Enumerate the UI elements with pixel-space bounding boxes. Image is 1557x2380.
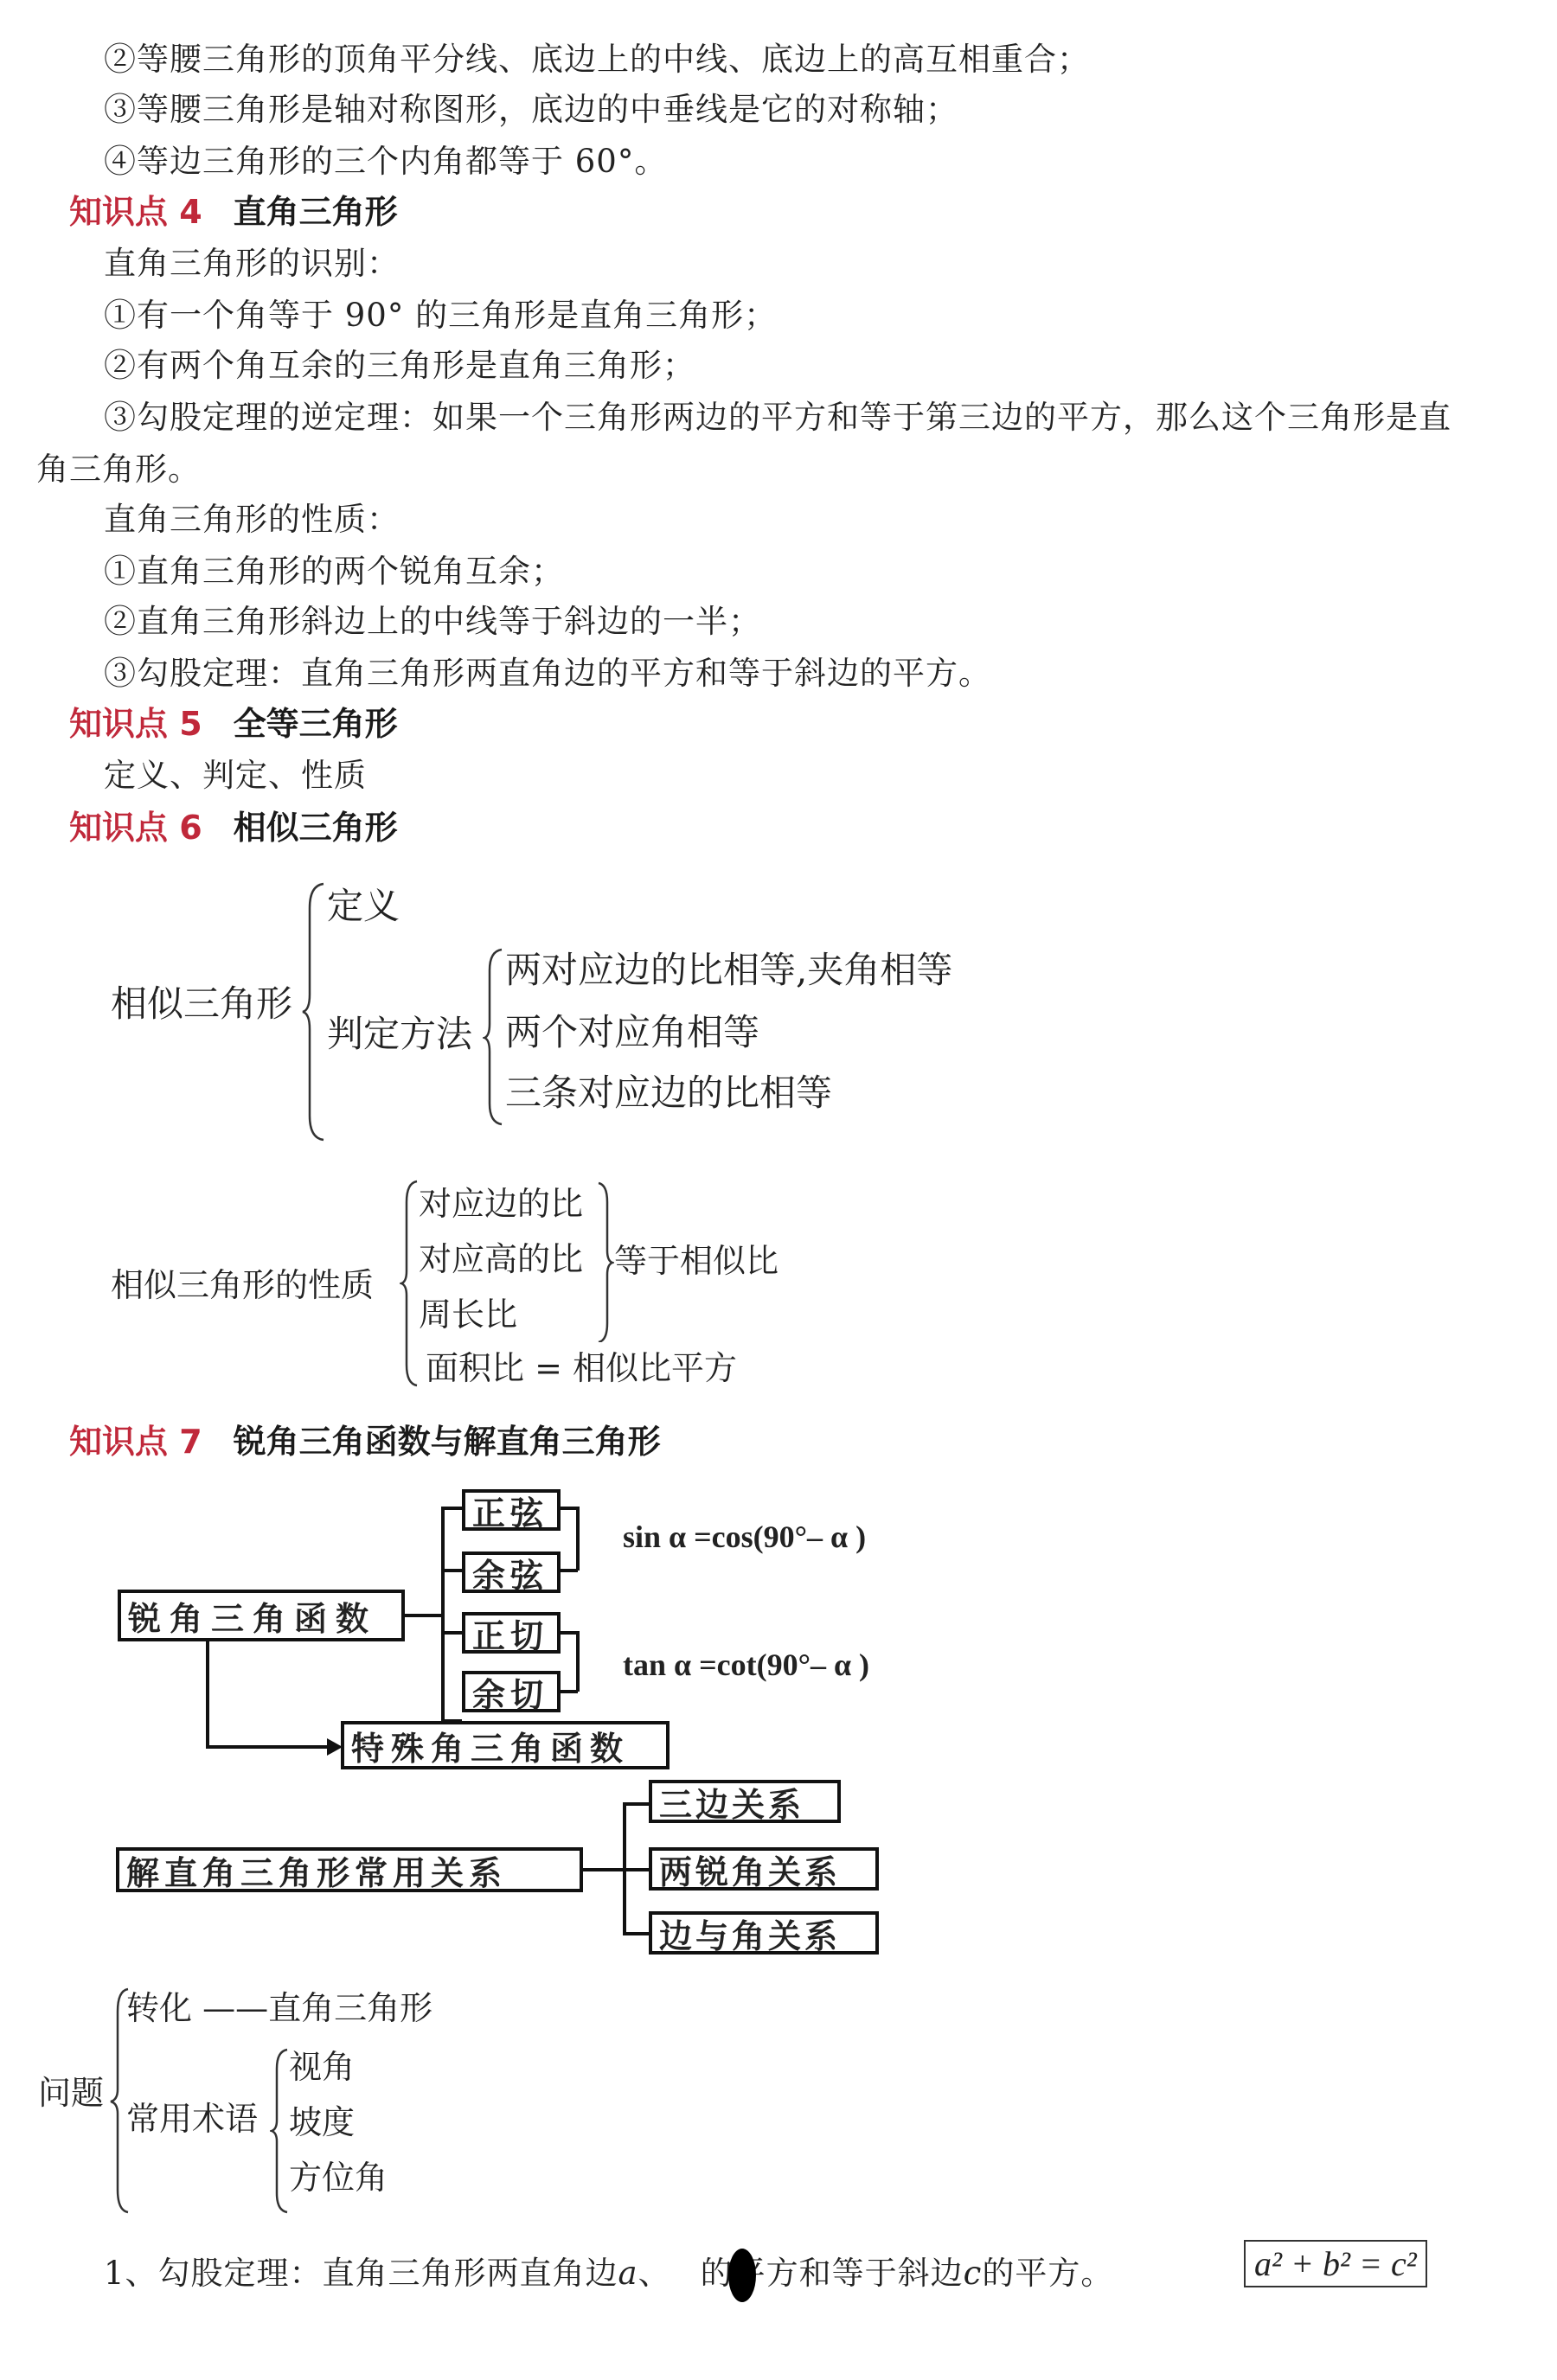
tree1-def: 定义 <box>327 884 400 929</box>
connector <box>206 1745 330 1749</box>
formula-sin-cos: sin α =cos(90°– α ) <box>623 1519 866 1555</box>
connector <box>441 1507 462 1510</box>
kp4-identify-2: ②有两个角互余的三角形是直角三角形； <box>104 344 695 387</box>
trig-leaf-sin: 正弦 <box>462 1489 561 1531</box>
right-brace-icon <box>597 1181 614 1342</box>
kp4-title: 直角三角形 <box>234 193 398 231</box>
theorem-text-a: 1、勾股定理：直角三角形两直角边 <box>104 2255 618 2292</box>
kp5-body: 定义、判定、性质 <box>104 754 367 797</box>
connector <box>441 1631 462 1635</box>
solve-leaf-side-angle: 边与角关系 <box>649 1911 879 1955</box>
formula-box: a² + b² = c² <box>1244 2240 1427 2287</box>
formula-tan-cot: tan α =cot(90°– α ) <box>623 1647 869 1683</box>
tree1-root: 相似三角形 <box>111 982 292 1027</box>
brace-icon <box>483 948 505 1126</box>
kp4-heading: 知识点 4直角三角形 <box>69 190 398 234</box>
intro-line-3: ③等腰三角形是轴对称图形，底边的中垂线是它的对称轴； <box>104 88 958 131</box>
connector <box>441 1507 445 1723</box>
tree1-method-2: 两个对应角相等 <box>505 1010 759 1055</box>
connector <box>623 1932 650 1935</box>
theorem-text: 1、勾股定理：直角三角形两直角边a、的平方和等于斜边c的平方。 <box>104 2252 1113 2295</box>
theorem-text-d: 的平方。 <box>982 2255 1113 2292</box>
connector <box>623 1802 650 1806</box>
tree3-term-2: 坡度 <box>289 2100 355 2145</box>
tree2-root: 相似三角形的性质 <box>111 1263 374 1308</box>
trig-leaf-tan: 正切 <box>462 1612 561 1654</box>
brace-icon <box>400 1180 419 1387</box>
kp5-title: 全等三角形 <box>234 705 398 743</box>
solve-leaf-acute-angles: 两锐角关系 <box>649 1847 879 1891</box>
kp6-heading: 知识点 6相似三角形 <box>69 806 398 849</box>
connector <box>561 1631 578 1635</box>
connector <box>561 1507 578 1510</box>
kp4-number: 知识点 4 <box>69 193 202 231</box>
kp7-number: 知识点 7 <box>69 1423 202 1461</box>
kp4-property-label: 直角三角形的性质： <box>104 498 400 541</box>
connector <box>405 1614 443 1617</box>
connector <box>441 1569 462 1572</box>
tree2-equal: 等于相似比 <box>614 1238 778 1283</box>
kp4-identify-3: ③勾股定理的逆定理：如果一个三角形两边的平方和等于第三边的平方，那么这个三角形是… <box>104 396 1451 439</box>
intro-line-2: ②等腰三角形的顶角平分线、底边上的中线、底边上的高互相重合； <box>104 38 1090 81</box>
var-c: c <box>964 2255 983 2292</box>
kp5-heading: 知识点 5全等三角形 <box>69 702 398 745</box>
theorem-text-b: 、 <box>638 2255 671 2292</box>
kp6-title: 相似三角形 <box>234 809 398 847</box>
kp4-property-1: ①直角三角形的两个锐角互余； <box>104 550 564 593</box>
tree2-area: 面积比 = 相似比平方 <box>426 1346 737 1391</box>
kp4-identify-3-cont: 角三角形。 <box>36 448 201 491</box>
tree1-method-1: 两对应边的比相等,夹角相等 <box>505 948 952 993</box>
connector <box>576 1507 580 1571</box>
var-a: a <box>618 2255 638 2292</box>
tree2-item-1: 对应边的比 <box>419 1181 583 1226</box>
tree2-item-2: 对应高的比 <box>419 1237 583 1282</box>
connector <box>206 1641 209 1749</box>
tree3-term-1: 视角 <box>289 2044 355 2089</box>
kp4-property-3: ③勾股定理：直角三角形两直角边的平方和等于斜边的平方。 <box>104 652 991 695</box>
connector <box>576 1631 580 1692</box>
connector <box>623 1868 650 1871</box>
ink-blot <box>728 2249 756 2302</box>
solve-leaf-sides: 三边关系 <box>649 1780 841 1823</box>
trig-special-box: 特殊角三角函数 <box>341 1721 670 1769</box>
tree3-convert: 转化 ——直角三角形 <box>126 1986 432 2031</box>
solve-root-box: 解直角三角形常用关系 <box>116 1847 583 1892</box>
brace-icon <box>301 882 327 1142</box>
connector <box>583 1868 626 1871</box>
tree2-item-3: 周长比 <box>419 1292 517 1337</box>
brace-icon <box>270 2048 289 2214</box>
kp4-property-2: ②直角三角形斜边上的中线等于斜边的一半； <box>104 600 761 643</box>
tree1-method-3: 三条对应边的比相等 <box>505 1071 832 1116</box>
kp7-title: 锐角三角函数与解直角三角形 <box>234 1423 661 1461</box>
kp4-identify-1: ①有一个角等于 90° 的三角形是直角三角形； <box>104 294 777 337</box>
tree3-root: 问题 <box>38 2070 104 2115</box>
connector <box>561 1569 578 1572</box>
trig-leaf-cot: 余切 <box>462 1671 561 1712</box>
kp5-number: 知识点 5 <box>69 705 202 743</box>
kp7-heading: 知识点 7锐角三角函数与解直角三角形 <box>69 1420 661 1463</box>
kp6-number: 知识点 6 <box>69 809 202 847</box>
tree1-method: 判定方法 <box>327 1012 472 1057</box>
tree3-term-3: 方位角 <box>289 2155 388 2200</box>
kp4-identify-label: 直角三角形的识别： <box>104 242 400 285</box>
trig-root-box: 锐角三角函数 <box>118 1590 405 1641</box>
trig-leaf-cos: 余弦 <box>462 1551 561 1593</box>
intro-line-4: ④等边三角形的三个内角都等于 60°。 <box>104 140 667 183</box>
tree3-terms-label: 常用术语 <box>126 2096 258 2141</box>
connector <box>561 1690 578 1693</box>
